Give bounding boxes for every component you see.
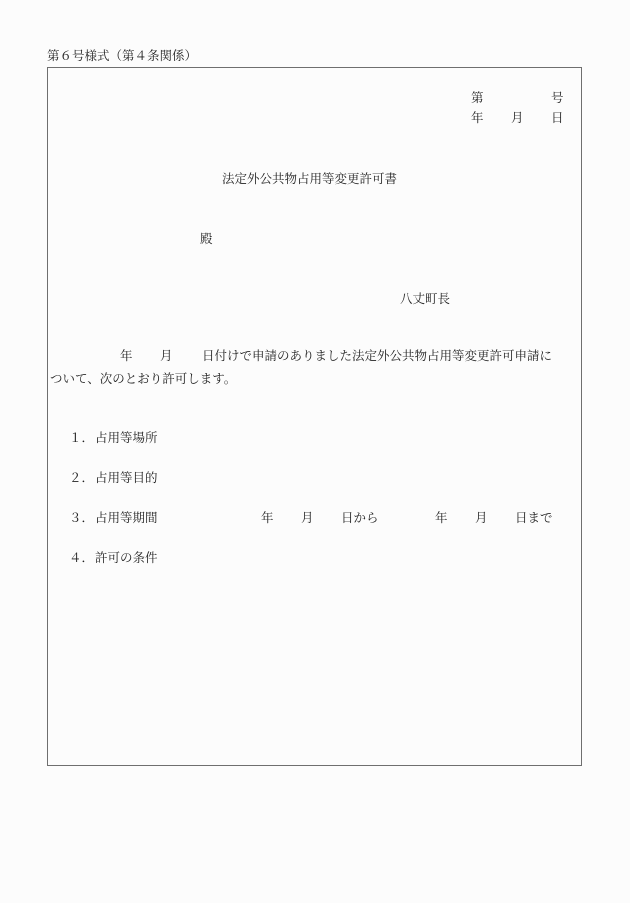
period-to-day: 日まで [515, 512, 553, 525]
form-number-label: 第６号様式（第４条関係） [47, 50, 197, 63]
item-permit-conditions: ４．許可の条件 [69, 552, 158, 565]
period-from-day: 日から [341, 512, 379, 525]
date-month-label: 月 [511, 112, 524, 125]
issuer-name: 八丈町長 [400, 293, 450, 306]
item-occupancy-period: ３．占用等期間 [69, 512, 158, 525]
period-from-year: 年 [261, 512, 274, 525]
item-label: 占用等目的 [95, 470, 158, 485]
document-number-prefix: 第 [471, 92, 484, 105]
item-occupancy-location: １．占用等場所 [69, 432, 158, 445]
item-number: ３． [69, 512, 95, 525]
application-text: 日付けで申請のありました法定外公共物占用等変更許可申請に [202, 350, 552, 363]
item-number: ４． [69, 552, 95, 565]
item-label: 許可の条件 [95, 550, 158, 565]
period-from-month: 月 [301, 512, 314, 525]
item-number: １． [69, 432, 95, 445]
application-month-label: 月 [160, 350, 173, 363]
application-year-label: 年 [120, 350, 133, 363]
document-title: 法定外公共物占用等変更許可書 [222, 173, 397, 186]
item-label: 占用等期間 [95, 510, 158, 525]
period-to-year: 年 [435, 512, 448, 525]
addressee-honorific: 殿 [200, 233, 213, 246]
item-occupancy-purpose: ２．占用等目的 [69, 472, 158, 485]
document-number-suffix: 号 [551, 92, 564, 105]
body-text-line-2: ついて、次のとおり許可します。 [50, 373, 236, 386]
item-number: ２． [69, 472, 95, 485]
item-label: 占用等場所 [95, 430, 158, 445]
date-year-label: 年 [471, 112, 484, 125]
period-to-month: 月 [475, 512, 488, 525]
date-day-label: 日 [551, 112, 564, 125]
